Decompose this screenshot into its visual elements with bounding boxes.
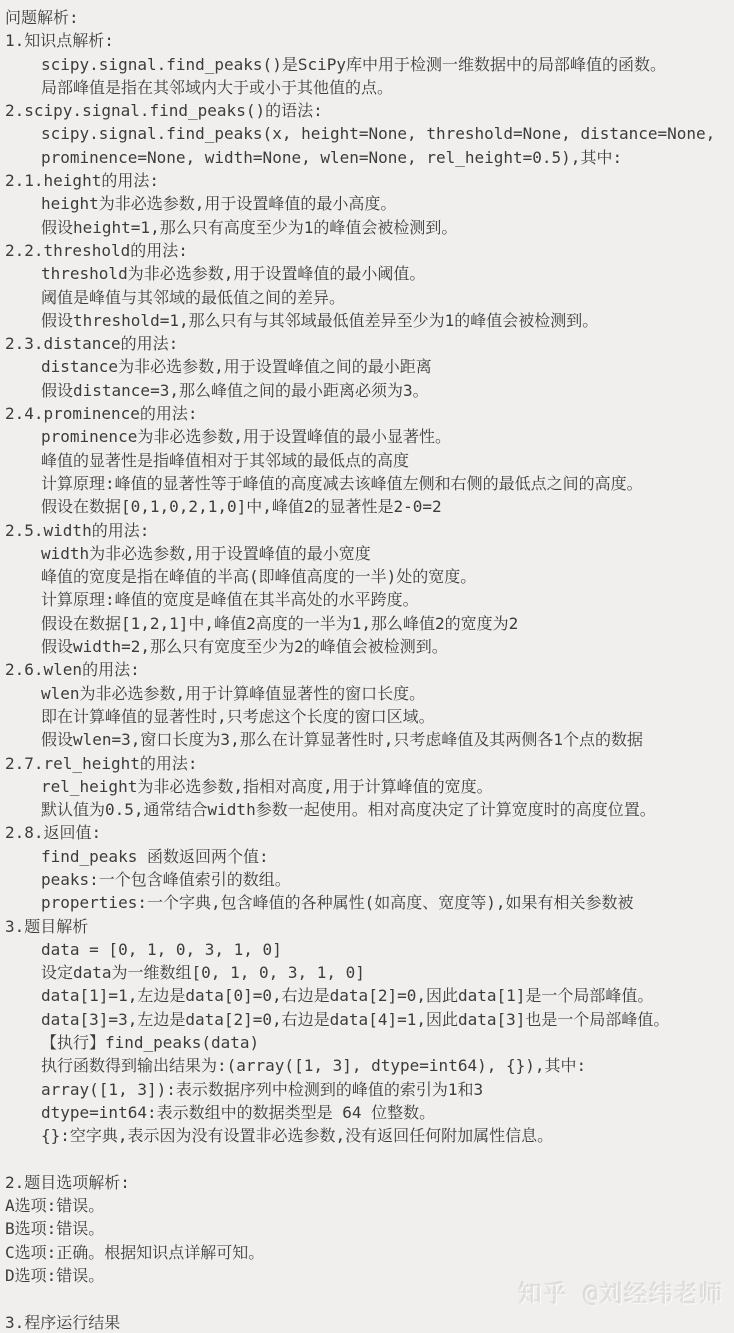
text-line: data[3]=3,左边是data[2]=0,右边是data[4]=1,因此da… (5, 1008, 734, 1031)
text-line: 默认值为0.5,通常结合width参数一起使用。相对高度决定了计算宽度时的高度位… (5, 798, 734, 821)
text-line: 局部峰值是指在其邻域内大于或小于其他值的点。 (5, 76, 734, 99)
text-line: A选项:错误。 (5, 1194, 734, 1217)
text-line: C选项:正确。根据知识点详解可知。 (5, 1241, 734, 1264)
text-line: 2.题目选项解析: (5, 1171, 734, 1194)
text-line: B选项:错误。 (5, 1217, 734, 1240)
text-line: 假设wlen=3,窗口长度为3,那么在计算显著性时,只考虑峰值及其两侧各1个点的… (5, 728, 734, 751)
text-line: dtype=int64:表示数组中的数据类型是 64 位整数。 (5, 1101, 734, 1124)
text-line: data[1]=1,左边是data[0]=0,右边是data[2]=0,因此da… (5, 984, 734, 1007)
text-line: 【执行】find_peaks(data) (5, 1031, 734, 1054)
text-line: 峰值的显著性是指峰值相对于其邻域的最低点的高度 (5, 449, 734, 472)
text-line: 阈值是峰值与其邻域的最低值之间的差异。 (5, 286, 734, 309)
text-line: 假设width=2,那么只有宽度至少为2的峰值会被检测到。 (5, 635, 734, 658)
text-line: 假设在数据[1,2,1]中,峰值2高度的一半为1,那么峰值2的宽度为2 (5, 612, 734, 635)
text-line: 2.5.width的用法: (5, 519, 734, 542)
text-line: peaks:一个包含峰值索引的数组。 (5, 868, 734, 891)
text-line: {}:空字典,表示因为没有设置非必选参数,没有返回任何附加属性信息。 (5, 1124, 734, 1147)
document-lines: 问题解析:1.知识点解析:scipy.signal.find_peaks()是S… (5, 6, 734, 1333)
text-line: 假设threshold=1,那么只有与其邻域最低值差异至少为1的峰值会被检测到。 (5, 309, 734, 332)
text-line: array([1, 3]):表示数据序列中检测到的峰值的索引为1和3 (5, 1078, 734, 1101)
text-line: 3.程序运行结果 (5, 1311, 734, 1333)
text-line: scipy.signal.find_peaks()是SciPy库中用于检测一维数… (5, 53, 734, 76)
text-line: 1.知识点解析: (5, 29, 734, 52)
text-line: prominence=None, width=None, wlen=None, … (5, 146, 734, 169)
text-line: scipy.signal.find_peaks(x, height=None, … (5, 122, 734, 145)
text-line: distance为非必选参数,用于设置峰值之间的最小距离 (5, 355, 734, 378)
text-line: 3.题目解析 (5, 915, 734, 938)
text-line: 即在计算峰值的显著性时,只考虑这个长度的窗口区域。 (5, 705, 734, 728)
text-line: 问题解析: (5, 6, 734, 29)
text-line: 峰值的宽度是指在峰值的半高(即峰值高度的一半)处的宽度。 (5, 565, 734, 588)
text-line: 2.6.wlen的用法: (5, 658, 734, 681)
text-line: find_peaks 函数返回两个值: (5, 845, 734, 868)
text-line: 2.scipy.signal.find_peaks()的语法: (5, 99, 734, 122)
document-page: 问题解析:1.知识点解析:scipy.signal.find_peaks()是S… (0, 0, 734, 1333)
text-line: 2.8.返回值: (5, 821, 734, 844)
zhihu-watermark: 知乎 @刘经纬老师 (518, 1283, 724, 1306)
text-line: 2.2.threshold的用法: (5, 239, 734, 262)
text-line: threshold为非必选参数,用于设置峰值的最小阈值。 (5, 262, 734, 285)
text-line: prominence为非必选参数,用于设置峰值的最小显著性。 (5, 425, 734, 448)
text-line: 2.3.distance的用法: (5, 332, 734, 355)
text-line: 假设在数据[0,1,0,2,1,0]中,峰值2的显著性是2-0=2 (5, 495, 734, 518)
text-line: properties:一个字典,包含峰值的各种属性(如高度、宽度等),如果有相关… (5, 891, 734, 914)
text-line: 2.4.prominence的用法: (5, 402, 734, 425)
text-line: wlen为非必选参数,用于计算峰值显著性的窗口长度。 (5, 682, 734, 705)
text-line: 2.1.height的用法: (5, 169, 734, 192)
text-line: 2.7.rel_height的用法: (5, 752, 734, 775)
text-line: rel_height为非必选参数,指相对高度,用于计算峰值的宽度。 (5, 775, 734, 798)
text-line: width为非必选参数,用于设置峰值的最小宽度 (5, 542, 734, 565)
text-line: 设定data为一维数组[0, 1, 0, 3, 1, 0] (5, 961, 734, 984)
text-line: 假设height=1,那么只有高度至少为1的峰值会被检测到。 (5, 216, 734, 239)
text-line: 计算原理:峰值的显著性等于峰值的高度减去该峰值左侧和右侧的最低点之间的高度。 (5, 472, 734, 495)
text-line: data = [0, 1, 0, 3, 1, 0] (5, 938, 734, 961)
text-line (5, 1148, 734, 1171)
text-line: 计算原理:峰值的宽度是峰值在其半高处的水平跨度。 (5, 588, 734, 611)
text-line: 执行函数得到输出结果为:(array([1, 3], dtype=int64),… (5, 1054, 734, 1077)
text-line: height为非必选参数,用于设置峰值的最小高度。 (5, 192, 734, 215)
text-line: 假设distance=3,那么峰值之间的最小距离必须为3。 (5, 379, 734, 402)
